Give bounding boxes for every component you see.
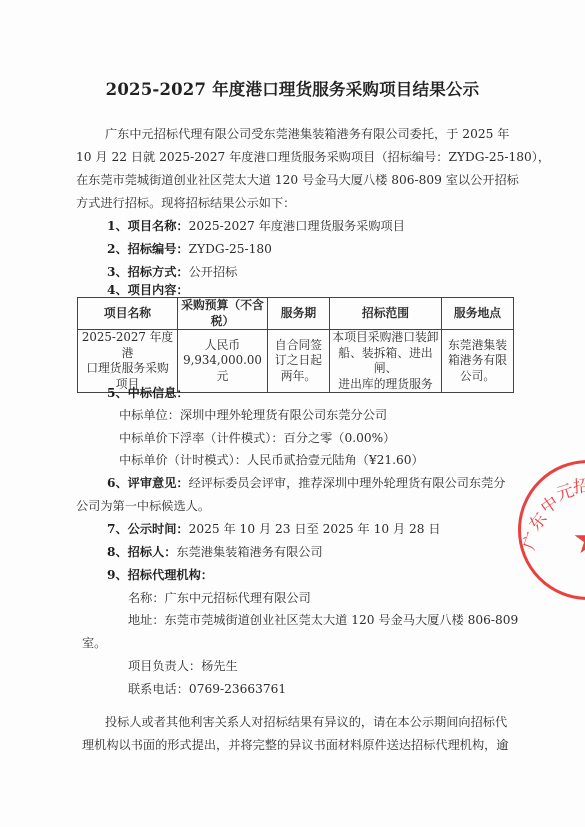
item-label: 1、项目名称： [107, 219, 189, 233]
item-agency: 9、招标代理机构： [107, 567, 213, 583]
cell-line: 进出库的理货服务 [332, 377, 439, 393]
item-publicity-period: 7、公示时间：2025 年 10 月 23 日至 2025 年 10 月 28 … [107, 521, 441, 537]
award-winner: 中标单位：深圳中理外轮理货有限公司东莞分公司 [119, 407, 387, 423]
review-line-2: 公司为第一中标候选人。 [76, 498, 210, 514]
item-label: 7、公示时间： [107, 522, 189, 536]
item-value: 经评标委员会评审，推荐深圳中理外轮理货有限公司东莞分 [189, 476, 506, 490]
agency-name: 名称：广东中元招标代理有限公司 [128, 590, 311, 606]
item-tender-no: 2、招标编号：ZYDG-25-180 [107, 241, 272, 257]
item-label: 9、招标代理机构： [107, 568, 213, 582]
item-label: 4、项目内容： [107, 283, 189, 297]
cell-line: 9,934,000.00 元 [180, 353, 265, 384]
table-header-row: 项目名称 采购预算（不含 税） 服务期 招标范围 服务地点 [78, 298, 514, 330]
item-value: 2025-2027 年度港口理货服务采购项目 [189, 219, 405, 233]
item-project-content: 4、项目内容： [107, 282, 189, 298]
header-scope: 招标范围 [330, 298, 442, 330]
item-review: 6、评审意见：经评标委员会评审，推荐深圳中理外轮理货有限公司东莞分 [107, 475, 505, 491]
intro-line-1: 广东中元招标代理有限公司受东莞港集装箱港务有限公司委托，于 2025 年 [105, 126, 509, 142]
objection-line-1: 投标人或者其他利害关系人对招标结果有异议的，请在本公示期间向招标代 [105, 714, 507, 730]
cell-line: 订之日起 [270, 353, 327, 369]
item-label: 3、招标方式： [107, 265, 189, 279]
item-label: 5、中标信息： [107, 386, 189, 400]
item-value: 公开招标 [189, 265, 238, 279]
cell-line: 人民币 [180, 338, 265, 354]
objection-line-2: 理机构以书面的形式提出，并将完整的异议书面材料原件送达招标代理机构，逾 [82, 737, 509, 753]
item-value: 东莞港集装箱港务有限公司 [176, 545, 322, 559]
cell-project-name: 2025-2027 年度港 口理货服务采购 项目 [78, 330, 178, 393]
item-value: 2025 年 10 月 23 日至 2025 年 10 月 28 日 [189, 522, 441, 536]
header-budget-line: 税） [180, 314, 265, 330]
cell-service-period: 自合同签 订之日起 两年。 [268, 330, 330, 393]
intro-line-3: 在东莞市莞城街道创业社区莞太大道 120 号金马大厦八楼 806-809 室以公… [76, 172, 519, 188]
cell-line: 箱港务有限 [444, 353, 511, 369]
header-location: 服务地点 [442, 298, 514, 330]
cell-line: 东莞港集装 [444, 338, 511, 354]
project-content-table: 项目名称 采购预算（不含 税） 服务期 招标范围 服务地点 2025-2027 … [77, 297, 514, 393]
item-value: ZYDG-25-180 [189, 242, 272, 256]
cell-line: 两年。 [270, 369, 327, 385]
item-label: 2、招标编号： [107, 242, 189, 256]
header-budget-line: 采购预算（不含 [180, 298, 265, 314]
agency-address: 地址：东莞市莞城街道创业社区莞太大道 120 号金马大厦八楼 806-809 [128, 612, 518, 628]
cell-line: 本项目采购港口装卸 [332, 330, 439, 346]
award-hourly-price: 中标单价（计时模式）：人民币贰拾壹元陆角（¥21.60） [119, 452, 424, 468]
item-project-name: 1、项目名称：2025-2027 年度港口理货服务采购项目 [107, 218, 405, 234]
cell-line: 公司。 [444, 369, 511, 385]
cell-line: 船、装拆箱、进出闸、 [332, 346, 439, 377]
agency-contact-person: 项目负责人：杨先生 [128, 658, 238, 674]
intro-line-4: 方式进行招标。现将招标结果公示如下： [76, 195, 295, 211]
agency-address-cont: 室。 [82, 635, 106, 651]
cell-line: 口理货服务采购 [80, 361, 175, 377]
seal-star-icon: ★ [572, 520, 585, 560]
document-page: 2025-2027 年度港口理货服务采购项目结果公示 广东中元招标代理有限公司受… [0, 0, 585, 827]
item-award-info: 5、中标信息： [107, 385, 189, 401]
header-service-period: 服务期 [268, 298, 330, 330]
cell-line: 2025-2027 年度港 [80, 330, 175, 361]
award-float-rate: 中标单价下浮率（计件模式）：百分之零（0.00%） [119, 430, 395, 446]
cell-location: 东莞港集装 箱港务有限 公司。 [442, 330, 514, 393]
table-row: 2025-2027 年度港 口理货服务采购 项目 人民币 9,934,000.0… [78, 330, 514, 393]
agency-phone: 联系电话：0769-23663761 [128, 681, 286, 697]
item-label: 8、招标人： [107, 545, 176, 559]
header-budget: 采购预算（不含 税） [178, 298, 268, 330]
item-tenderer: 8、招标人：东莞港集装箱港务有限公司 [107, 544, 323, 560]
item-tender-method: 3、招标方式：公开招标 [107, 264, 237, 280]
document-title: 2025-2027 年度港口理货服务采购项目结果公示 [0, 76, 585, 100]
header-project-name: 项目名称 [78, 298, 178, 330]
item-label: 6、评审意见： [107, 476, 189, 490]
cell-line: 自合同签 [270, 338, 327, 354]
cell-scope: 本项目采购港口装卸 船、装拆箱、进出闸、 进出库的理货服务 [330, 330, 442, 393]
cell-budget: 人民币 9,934,000.00 元 [178, 330, 268, 393]
intro-line-2: 10 月 22 日就 2025-2027 年度港口理货服务采购项目（招标编号：Z… [76, 149, 550, 165]
seal-char: 招 [572, 471, 585, 497]
